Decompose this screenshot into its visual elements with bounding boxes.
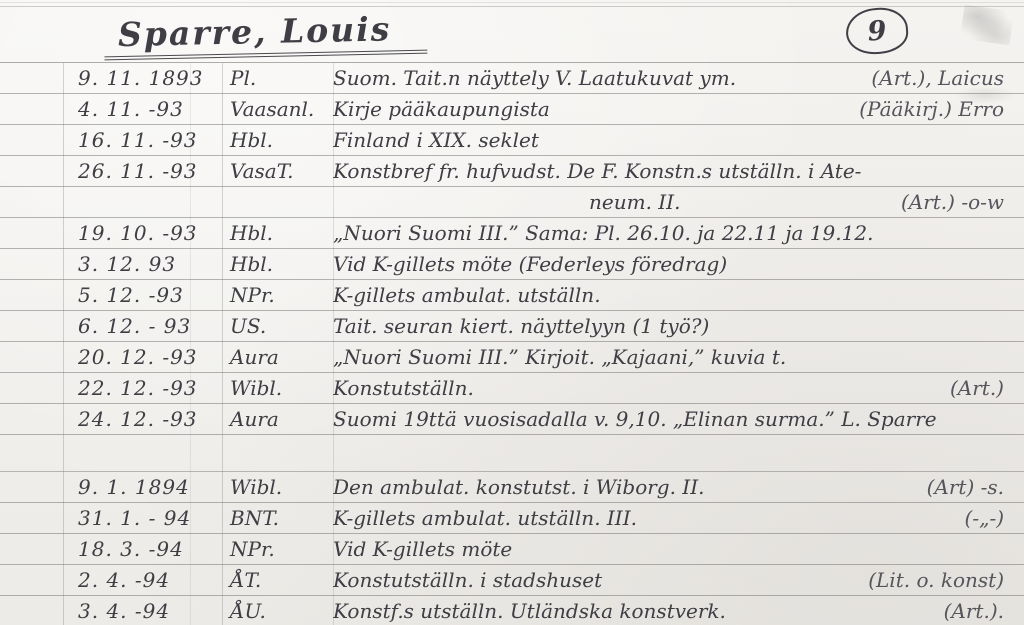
column-rule-date-source bbox=[222, 63, 223, 625]
entry-source: ÅU. bbox=[222, 599, 333, 623]
entry-date: 19. 10. -93 bbox=[0, 221, 222, 245]
ledger-row: 3. 12. 93 Hbl. Vid K-gillets möte (Feder… bbox=[0, 249, 1024, 280]
entry-note: (Lit. o. konst) bbox=[868, 568, 1024, 592]
entry-date: 24. 12. -93 bbox=[0, 407, 222, 431]
ledger-row: 22. 12. -93 Wibl. Konstutställn. (Art.) bbox=[0, 373, 1024, 404]
entry-date: 5. 12. -93 bbox=[0, 283, 222, 307]
entry-source: Pl. bbox=[222, 66, 333, 90]
ledger-row: 16. 11. -93 Hbl. Finland i XIX. seklet bbox=[0, 125, 1024, 156]
page-title: Sparre, Louis bbox=[104, 9, 428, 61]
entry-source: Wibl. bbox=[222, 376, 333, 400]
entry-date: 22. 12. -93 bbox=[0, 376, 222, 400]
entry-text: Finland i XIX. seklet bbox=[333, 128, 1004, 152]
entry-text: Den ambulat. konstutst. i Wiborg. II. bbox=[333, 475, 927, 499]
pencil-smudge bbox=[960, 5, 1014, 46]
entry-date: 4. 11. -93 bbox=[0, 97, 222, 121]
ledger-row bbox=[0, 435, 1024, 472]
entry-rows: 9. 11. 1893 Pl. Suom. Tait.n näyttely V.… bbox=[0, 63, 1024, 625]
column-rule-left-margin bbox=[63, 63, 64, 625]
entry-text: Tait. seuran kiert. näyttelyyn (1 työ?) bbox=[333, 314, 1004, 338]
entry-source: Aura bbox=[222, 407, 333, 431]
ledger-row: 20. 12. -93 Aura „Nuori Suomi III.” Kirj… bbox=[0, 342, 1024, 373]
entry-text: K-gillets ambulat. utställn. bbox=[333, 283, 1004, 307]
column-rule-source-text bbox=[333, 63, 334, 625]
entry-source: ÅT. bbox=[222, 568, 333, 592]
column-rule-date-inner bbox=[190, 63, 191, 625]
entry-text: „Nuori Suomi III.” Kirjoit. „Kajaani,” k… bbox=[333, 345, 1004, 369]
entry-source: Hbl. bbox=[222, 252, 333, 276]
entry-note: (Pääkirj.) Erro bbox=[859, 97, 1024, 121]
ledger-card: Sparre, Louis 9 9. 11. 1893 Pl. Suom. Ta… bbox=[0, 0, 1024, 625]
entry-text: neum. II. bbox=[333, 190, 901, 214]
ledger-row: 19. 10. -93 Hbl. „Nuori Suomi III.” Sama… bbox=[0, 218, 1024, 249]
entry-date: 16. 11. -93 bbox=[0, 128, 222, 152]
entry-source: VasaT. bbox=[222, 159, 333, 183]
ledger-row: 6. 12. - 93 US. Tait. seuran kiert. näyt… bbox=[0, 311, 1024, 342]
page-number: 9 bbox=[867, 15, 888, 47]
entry-source: BNT. bbox=[222, 506, 333, 530]
entry-source: Wibl. bbox=[222, 475, 333, 499]
ledger-row: 24. 12. -93 Aura Suomi 19ttä vuosisadall… bbox=[0, 404, 1024, 435]
ledger-row: neum. II. (Art.) -o-w bbox=[0, 187, 1024, 218]
entry-note: (Art) -s. bbox=[927, 475, 1024, 499]
entry-note: (Art.). bbox=[944, 599, 1024, 623]
entry-text: „Nuori Suomi III.” Sama: Pl. 26.10. ja 2… bbox=[333, 221, 1004, 245]
ledger-row: 4. 11. -93 Vaasanl. Kirje pääkaupungista… bbox=[0, 94, 1024, 125]
entry-source: US. bbox=[222, 314, 333, 338]
entry-text: Kirje pääkaupungista bbox=[333, 97, 859, 121]
entry-date: 3. 4. -94 bbox=[0, 599, 222, 623]
ledger-row: 3. 4. -94 ÅU. Konstf.s utställn. Utländs… bbox=[0, 596, 1024, 625]
entry-date: 2. 4. -94 bbox=[0, 568, 222, 592]
entry-date: 31. 1. - 94 bbox=[0, 506, 222, 530]
entry-date: 3. 12. 93 bbox=[0, 252, 222, 276]
entry-source: Aura bbox=[222, 345, 333, 369]
entry-source: NPr. bbox=[222, 537, 333, 561]
entry-source: Hbl. bbox=[222, 221, 333, 245]
entry-text: K-gillets ambulat. utställn. III. bbox=[333, 506, 965, 530]
entry-date: 9. 1. 1894 bbox=[0, 475, 222, 499]
entry-date: 9. 11. 1893 bbox=[0, 66, 222, 90]
entry-date: 20. 12. -93 bbox=[0, 345, 222, 369]
entry-text: Konstf.s utställn. Utländska konstverk. bbox=[333, 599, 944, 623]
ledger-row: 31. 1. - 94 BNT. K-gillets ambulat. utst… bbox=[0, 503, 1024, 534]
entry-text: Vid K-gillets möte bbox=[333, 537, 1004, 561]
entry-text: Konstbref fr. hufvudst. De F. Konstn.s u… bbox=[333, 159, 1004, 183]
entry-text: Konstutställn. i stadshuset bbox=[333, 568, 868, 592]
entry-text: Konstutställn. bbox=[333, 376, 950, 400]
entry-source: Vaasanl. bbox=[222, 97, 333, 121]
ledger-row: 9. 11. 1893 Pl. Suom. Tait.n näyttely V.… bbox=[0, 63, 1024, 94]
page-number-circle: 9 bbox=[844, 6, 909, 56]
entry-date: 26. 11. -93 bbox=[0, 159, 222, 183]
entry-text: Vid K-gillets möte (Federleys föredrag) bbox=[333, 252, 1004, 276]
ledger-row: 2. 4. -94 ÅT. Konstutställn. i stadshuse… bbox=[0, 565, 1024, 596]
ledger-row: 5. 12. -93 NPr. K-gillets ambulat. utstä… bbox=[0, 280, 1024, 311]
entry-date: 6. 12. - 93 bbox=[0, 314, 222, 338]
entry-note: (Art.) -o-w bbox=[901, 190, 1024, 214]
entry-date: 18. 3. -94 bbox=[0, 537, 222, 561]
ledger-row: 18. 3. -94 NPr. Vid K-gillets möte bbox=[0, 534, 1024, 565]
entry-text: Suom. Tait.n näyttely V. Laatukuvat ym. bbox=[333, 66, 871, 90]
entry-note: (Art.) bbox=[950, 376, 1024, 400]
ledger-row: 9. 1. 1894 Wibl. Den ambulat. konstutst.… bbox=[0, 472, 1024, 503]
entry-note: (Art.), Laicus bbox=[871, 66, 1024, 90]
entry-source: NPr. bbox=[222, 283, 333, 307]
entry-source: Hbl. bbox=[222, 128, 333, 152]
entry-text: Suomi 19ttä vuosisadalla v. 9,10. „Elina… bbox=[333, 407, 1004, 431]
entry-note: (-„-) bbox=[965, 506, 1024, 530]
card-header: Sparre, Louis 9 bbox=[0, 0, 1024, 63]
ledger-row: 26. 11. -93 VasaT. Konstbref fr. hufvuds… bbox=[0, 156, 1024, 187]
